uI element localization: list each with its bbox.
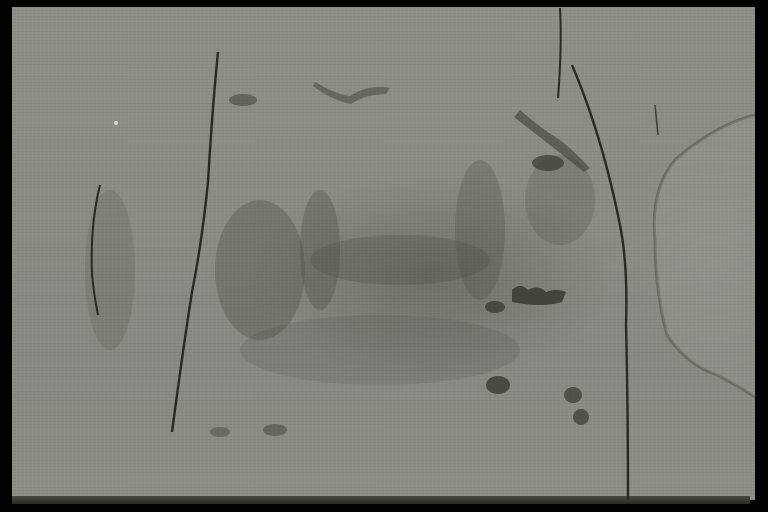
light-speck: [114, 121, 118, 125]
cloth-markings: [0, 0, 768, 512]
figure-stains: [85, 155, 595, 385]
